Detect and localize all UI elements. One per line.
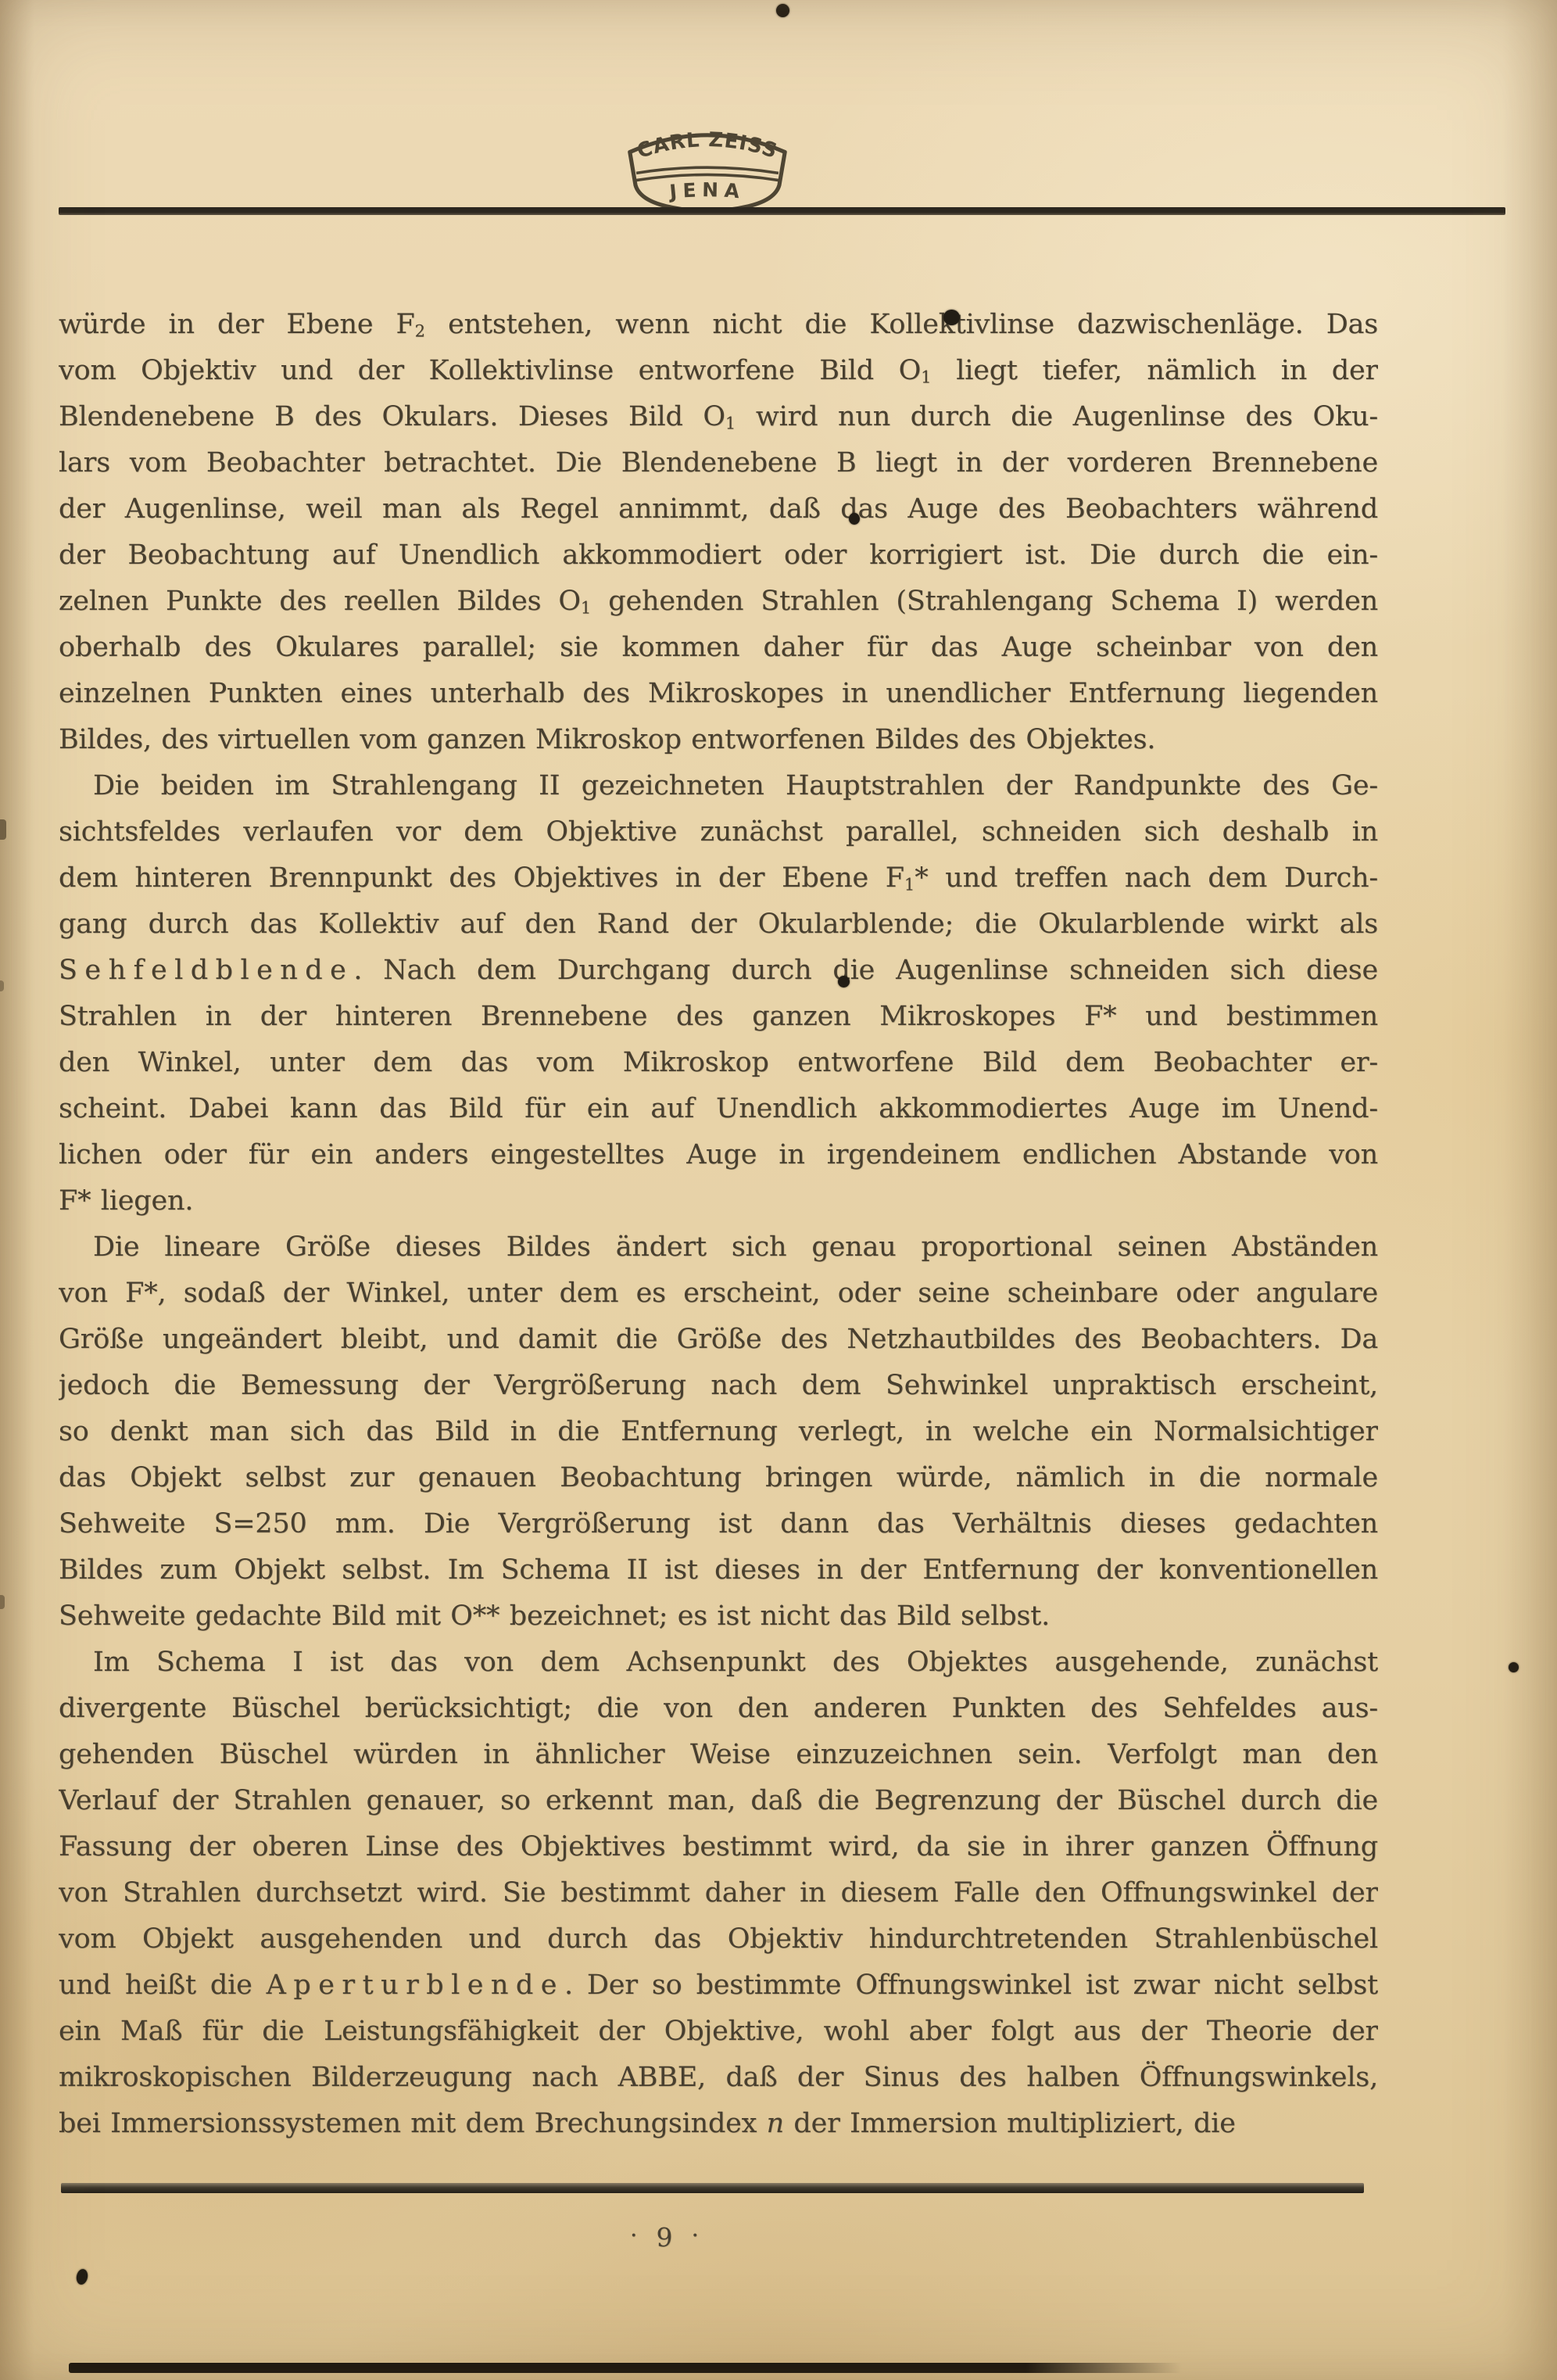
text-line: das Objekt selbst zur genauen Beobachtun…	[59, 1455, 1378, 1501]
scan-edge-mark	[0, 980, 4, 991]
text-line: von F*, sodaß der Winkel, unter dem es e…	[59, 1271, 1378, 1317]
text-line: mikroskopischen Bilderzeugung nach ABBE,…	[59, 2055, 1378, 2101]
text-line: Im Schema I ist das von dem Achsenpunkt …	[59, 1640, 1378, 1686]
bottom-rule	[61, 2183, 1364, 2193]
text-line: von Strahlen durchsetzt wird. Sie bestim…	[59, 1870, 1378, 1916]
logo-text-jena: JENA	[667, 178, 746, 203]
text-line: Blendenebene B des Okulars. Dieses Bild …	[59, 394, 1378, 440]
text-line: divergente Büschel berücksichtigt; die v…	[59, 1686, 1378, 1732]
text-line: der Beobachtung auf Unendlich akkommodie…	[59, 532, 1378, 579]
paper-speck	[1219, 641, 1223, 645]
text-block: würde in der Ebene F2 entstehen, wenn ni…	[59, 302, 1378, 2147]
text-line: dem hinteren Brennpunkt des Objektives i…	[59, 855, 1378, 901]
paper-speck	[234, 2080, 238, 2084]
top-rule	[59, 207, 1505, 215]
text-line: würde in der Ebene F2 entstehen, wenn ni…	[59, 302, 1378, 348]
text-line: den Winkel, unter dem das vom Mikroskop …	[59, 1040, 1378, 1086]
text-line: gehenden Büschel würden in ähnlicher Wei…	[59, 1732, 1378, 1778]
text-line: Sehfeldblende. Nach dem Durchgang durch …	[59, 948, 1378, 994]
text-line: gang durch das Kollektiv auf den Rand de…	[59, 901, 1378, 948]
scan-bottom-edge	[69, 2363, 1182, 2373]
text-line: ein Maß für die Leistungsfähigkeit der O…	[59, 2009, 1378, 2055]
ink-blot	[776, 4, 789, 17]
logo-divider-upper	[636, 167, 778, 173]
footer-ornament-right: ·	[692, 2222, 700, 2249]
logo-text-carl-zeiss: CARL ZEISS	[634, 128, 780, 163]
text-line: bei Immersionssystemen mit dem Brechungs…	[59, 2101, 1378, 2147]
text-line: sichtsfeldes verlaufen vor dem Objektive…	[59, 809, 1378, 855]
ink-blot	[838, 976, 850, 987]
text-line: zelnen Punkte des reellen Bildes O1 gehe…	[59, 579, 1378, 625]
text-line: vom Objektiv und der Kollektivlinse entw…	[59, 348, 1378, 394]
svg-text:CARL ZEISS: CARL ZEISS	[634, 128, 780, 163]
text-line: Die beiden im Strahlengang II gezeichnet…	[59, 763, 1378, 809]
text-line: einzelnen Punkten eines unterhalb des Mi…	[59, 671, 1378, 717]
text-line: so denkt man sich das Bild in die Entfer…	[59, 1409, 1378, 1455]
text-line: lars vom Beobachter betrachtet. Die Blen…	[59, 440, 1378, 486]
page-footer: · 9 ·	[630, 2222, 699, 2253]
paper-speck	[328, 923, 333, 927]
text-line: Bildes, des virtuellen vom ganzen Mikros…	[59, 717, 1378, 763]
scan-edge-mark	[0, 819, 6, 840]
text-line: Größe ungeändert bleibt, und damit die G…	[59, 1317, 1378, 1363]
text-line: Bildes zum Objekt selbst. Im Schema II i…	[59, 1547, 1378, 1593]
carl-zeiss-jena-logo: CARL ZEISS JENA	[617, 116, 797, 213]
text-line: Verlauf der Strahlen genauer, so erkennt…	[59, 1778, 1378, 1824]
text-line: lichen oder für ein anders eingestelltes…	[59, 1132, 1378, 1178]
text-line: jedoch die Bemessung der Vergrößerung na…	[59, 1363, 1378, 1409]
text-line: oberhalb des Okulares parallel; sie komm…	[59, 625, 1378, 671]
text-line: vom Objekt ausgehenden und durch das Obj…	[59, 1916, 1378, 1962]
ink-blot	[1509, 1662, 1519, 1672]
page: CARL ZEISS JENA würde in der Ebene F2 en…	[0, 0, 1557, 2380]
ink-blot	[75, 2268, 89, 2285]
ink-blot	[849, 513, 860, 525]
ink-blot	[943, 310, 960, 325]
page-number: 9	[657, 2222, 673, 2253]
text-line: und heißt die Aperturblende. Der so best…	[59, 1962, 1378, 2009]
text-line: Sehweite gedachte Bild mit O** bezeichne…	[59, 1593, 1378, 1640]
footer-ornament-left: ·	[630, 2222, 638, 2249]
svg-text:JENA: JENA	[667, 178, 746, 203]
text-line: Fassung der oberen Linse des Objektives …	[59, 1824, 1378, 1870]
text-line: Die lineare Größe dieses Bildes ändert s…	[59, 1224, 1378, 1271]
paper-speck	[766, 1939, 771, 1943]
scan-edge-mark	[0, 1595, 5, 1609]
text-line: F* liegen.	[59, 1178, 1378, 1224]
text-line: Strahlen in der hinteren Brennebene des …	[59, 994, 1378, 1040]
text-line: Sehweite S=250 mm. Die Vergrößerung ist …	[59, 1501, 1378, 1547]
text-line: scheint. Dabei kann das Bild für ein auf…	[59, 1086, 1378, 1132]
text-line: der Augenlinse, weil man als Regel annim…	[59, 486, 1378, 532]
